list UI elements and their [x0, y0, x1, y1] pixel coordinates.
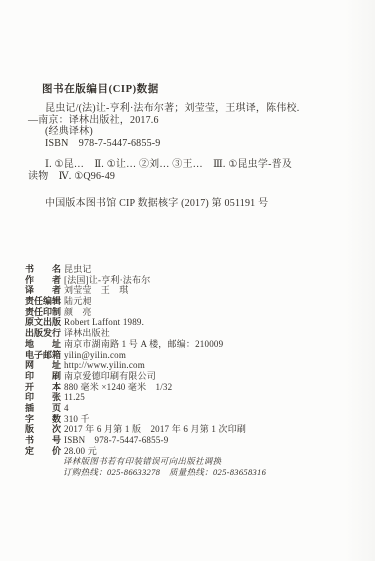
- colophon-label: 责任编辑: [25, 296, 61, 307]
- cip-series-line: (经典译林): [28, 126, 363, 138]
- colophon-label: 书名: [25, 264, 61, 275]
- colophon-row-publisher: 出版发行译林出版社: [25, 328, 355, 339]
- colophon-label: 书号: [25, 435, 61, 446]
- classification-line-1: Ⅰ. ①昆… Ⅱ. ①让… ②刘… ③王… Ⅲ. ①昆虫学-普及: [28, 159, 363, 171]
- colophon-value: 刘莹莹 王 琪: [64, 285, 128, 295]
- colophon-label: 定价: [25, 446, 61, 457]
- colophon-row-print-supervisor: 责任印制颜 亮: [25, 307, 355, 318]
- colophon-value: yilin@yilin.com: [64, 350, 126, 360]
- colophon-value: 2017 年 6 月第 1 版 2017 年 6 月第 1 次印刷: [64, 424, 246, 434]
- colophon-label: 电子邮箱: [25, 350, 61, 361]
- cip-header: 图书在版编目(CIP)数据: [42, 81, 159, 96]
- cip-isbn-line: ISBN 978-7-5447-6855-9: [28, 138, 363, 150]
- hotline-note: 订购热线：025-86633278 质量热线：025-83658316: [63, 467, 266, 478]
- colophon-value: 11.25: [64, 392, 85, 402]
- copyright-page: 图书在版编目(CIP)数据 昆虫记/(法)让-亨利·法布尔著；刘莹莹，王琪译，陈…: [0, 0, 375, 561]
- colophon-row-format: 开本880 毫米 ×1240 毫米 1/32: [25, 382, 355, 393]
- colophon-label: 开本: [25, 382, 61, 393]
- colophon-value: 4: [64, 403, 69, 413]
- colophon-row-editor: 责任编辑陆元昶: [25, 296, 355, 307]
- colophon-value: Robert Laffont 1989.: [64, 317, 144, 327]
- colophon-label: 责任印制: [25, 307, 61, 318]
- colophon-row-edition: 版次2017 年 6 月第 1 版 2017 年 6 月第 1 次印刷: [25, 424, 355, 435]
- colophon-row-title: 书名昆虫记: [25, 264, 355, 275]
- classification-line-2: 读物 Ⅳ. ①Q96-49: [28, 171, 363, 183]
- cip-record-block: 昆虫记/(法)让-亨利·法布尔著；刘莹莹，王琪译，陈伟校. —南京：译林出版社，…: [28, 103, 363, 150]
- cip-registry-number: 中国版本图书馆 CIP 数据核字 (2017) 第 051191 号: [45, 194, 268, 209]
- cip-classification-block: Ⅰ. ①昆… Ⅱ. ①让… ②刘… ③王… Ⅲ. ①昆虫学-普及 读物 Ⅳ. ①…: [28, 159, 363, 183]
- colophon-row-inserts: 插页4: [25, 403, 355, 414]
- colophon-row-word-count: 字数310 千: [25, 414, 355, 425]
- colophon-value: 南京爱德印刷有限公司: [64, 371, 156, 381]
- colophon-label: 插页: [25, 403, 61, 414]
- colophon-row-translator: 译者刘莹莹 王 琪: [25, 285, 355, 296]
- misprint-exchange-note: 译林版图书若有印装错误可向出版社调换: [63, 456, 266, 467]
- colophon-row-printer: 印刷南京爱德印刷有限公司: [25, 371, 355, 382]
- colophon-value: [法国]让-亨利·法布尔: [64, 275, 150, 285]
- colophon-value: http://www.yilin.com: [64, 360, 145, 370]
- colophon-value: 译林出版社: [64, 328, 110, 338]
- colophon-label: 译者: [25, 285, 61, 296]
- colophon-label: 出版发行: [25, 328, 61, 339]
- colophon-value: 310 千: [64, 414, 90, 424]
- colophon-row-address: 地址南京市湖南路 1 号 A 楼，邮编：210009: [25, 339, 355, 350]
- colophon-value: 880 毫米 ×1240 毫米 1/32: [64, 382, 172, 392]
- colophon-row-author: 作者[法国]让-亨利·法布尔: [25, 275, 355, 286]
- colophon-label: 字数: [25, 414, 61, 425]
- colophon-value: 昆虫记: [64, 264, 92, 274]
- colophon-value: 28.00 元: [64, 446, 97, 456]
- colophon-label: 网址: [25, 360, 61, 371]
- colophon-table: 书名昆虫记 作者[法国]让-亨利·法布尔 译者刘莹莹 王 琪 责任编辑陆元昶 责…: [25, 264, 355, 456]
- colophon-label: 原文出版: [25, 317, 61, 328]
- colophon-label: 作者: [25, 275, 61, 286]
- cip-record-line-2: —南京：译林出版社，2017.6: [28, 115, 363, 127]
- colophon-value: 南京市湖南路 1 号 A 楼，邮编：210009: [64, 339, 223, 349]
- colophon-row-website: 网址http://www.yilin.com: [25, 360, 355, 371]
- colophon-row-isbn: 书号ISBN 978-7-5447-6855-9: [25, 435, 355, 446]
- colophon-label: 印刷: [25, 371, 61, 382]
- colophon-row-sheets: 印张11.25: [25, 392, 355, 403]
- colophon-row-price: 定价28.00 元: [25, 446, 355, 457]
- colophon-value: 陆元昶: [64, 296, 92, 306]
- colophon-label: 地址: [25, 339, 61, 350]
- colophon-value: 颜 亮: [64, 307, 92, 317]
- colophon-label: 印张: [25, 392, 61, 403]
- colophon-label: 版次: [25, 424, 61, 435]
- colophon-row-email: 电子邮箱yilin@yilin.com: [25, 350, 355, 361]
- colophon-value: ISBN 978-7-5447-6855-9: [64, 435, 168, 445]
- colophon-row-original-publisher: 原文出版Robert Laffont 1989.: [25, 317, 355, 328]
- cip-record-line-1: 昆虫记/(法)让-亨利·法布尔著；刘莹莹，王琪译，陈伟校.: [28, 103, 363, 115]
- colophon-notes: 译林版图书若有印装错误可向出版社调换 订购热线：025-86633278 质量热…: [63, 456, 266, 479]
